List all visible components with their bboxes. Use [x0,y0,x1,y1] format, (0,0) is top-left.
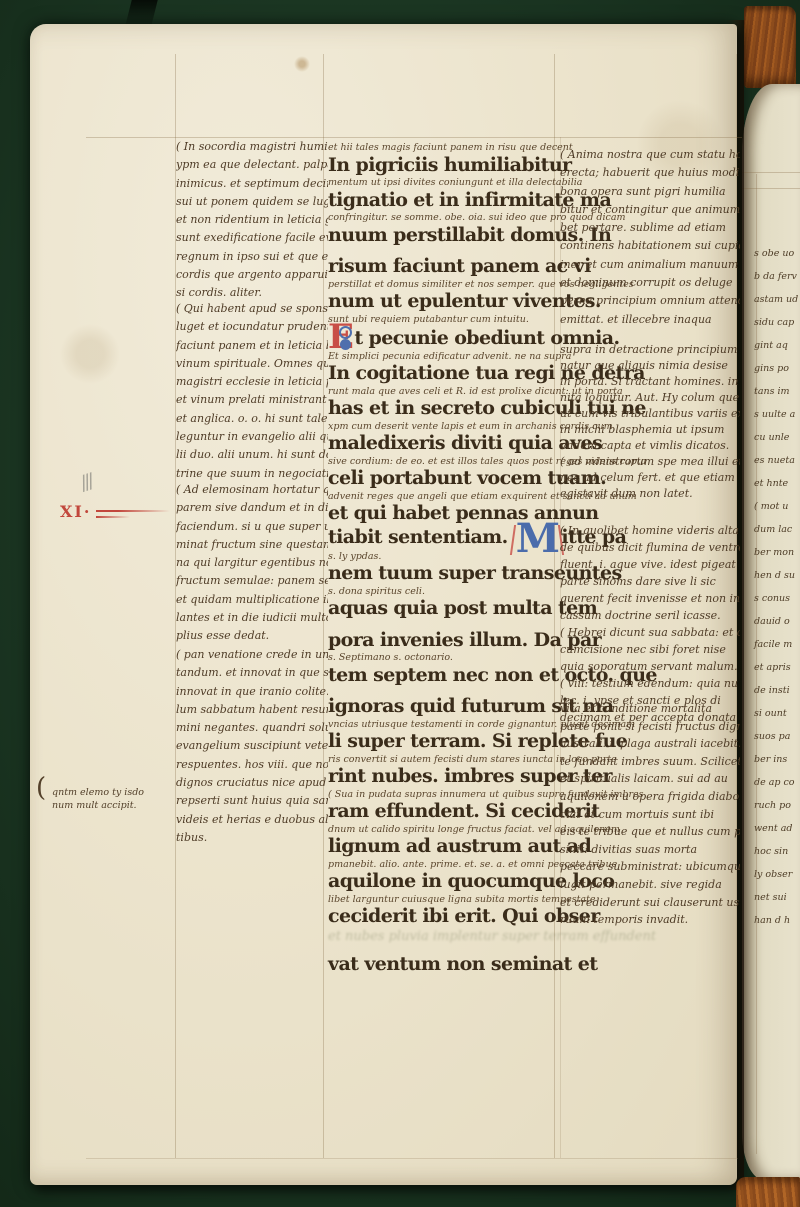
scripture-line: nem tuum super transeuntes [328,562,560,586]
gloss-line: ( pan venatione crede in universo rel [176,646,328,664]
gloss-line: nec ad celum fert. et que etiam [560,470,740,486]
gloss-line: et spiritualis laicam. sui ad au [560,770,740,788]
scripture-line: rint nubes. imbres super ter [328,765,560,789]
gloss-line: et anglica. o. o. hi sunt talenta que [176,410,328,428]
gloss-line: hen d su [754,564,800,587]
filigree-ornament [339,326,352,339]
gloss-line: parem sive dandum et in dilecte bo [176,499,328,517]
decorated-initial-m: M [516,527,560,551]
gloss-line: inimicus. et septimum decime adventum [176,175,328,193]
chapter-numeral: XI· [60,502,91,521]
gloss-line: han d h [754,909,800,932]
scripture-line: tem septem nec non et octo. que [328,664,560,688]
gloss-line: faciendum. si u que super ungua ce [176,518,328,536]
gloss-line: net sui [754,886,800,909]
gloss-line: fructum semulae: panem sentit bene [176,572,328,590]
pencil-mark: /// [77,469,95,495]
gloss-line: facile m [754,633,800,656]
gloss-line: et vinum prelati ministrant in gaudio. [176,391,328,409]
gloss-line: s uulte a [754,403,800,426]
gloss-line: ut cum vis tribulantibus variis exacte [560,406,740,422]
scripture-line: li super terram. Si replete fue [328,730,560,754]
gloss-line: ruch po [754,794,800,817]
gloss-line: et hnte [754,472,800,495]
gloss-line: parte sinoms dare sive li sic [560,573,740,590]
gloss-line: gint aq [754,334,800,357]
interlinear-gloss-line: Et simplici pecunia edificatur advenit. … [328,351,560,363]
gloss-line: continens habitationem sui cupid [560,237,740,255]
gloss-line: ( Qui habent apud se sponsum sspe [176,300,328,318]
gloss-line: bona opera sunt pigri humilia [560,183,740,201]
gloss-line: leguntur in evangelio alii quinque. A [176,428,328,446]
gloss-line: quia soporatum servant malum. [560,658,740,675]
interlinear-gloss-line: sunt ubi requiem putabantur cum intuitu. [328,314,560,326]
gloss-line: tibus. [176,829,328,847]
scripture-line: aquas quia post multa tem [328,597,560,621]
rubric-flourish [96,516,130,518]
show-through-text: et nubes pluvia implentur super terram e… [328,929,560,945]
margin-note-line: qntm elemo ty isdo [52,786,188,799]
gloss-line: tandum. et innovat in que sabbm et [176,664,328,682]
interlinear-gloss-line: confringitur. se somme. obe. oia. sui id… [328,212,560,224]
gloss-line: dauid o [754,610,800,633]
gloss-line: natur que aliquis nimia desise [560,358,740,374]
scripture-line: nuum perstillabit domus. In [328,224,560,248]
gloss-line: te fundant imbres suum. Scilicet et [560,753,740,771]
interlinear-gloss-line: xpm cum deserit vente lapis et eum in ar… [328,421,560,433]
gloss-line: ber mon [754,541,800,564]
gloss-line: de quibus dicit flumina de ventre eius [560,539,740,556]
gloss-line: ypm ea que delectant. palpant [176,156,328,174]
scripture-line: aquilone in quocumque loco [328,870,560,894]
interlinear-gloss-line: s. Septimano s. octonario. [328,652,560,664]
rubric-flourish [96,510,170,512]
interlinear-gloss-line: s. dona spiritus celi. [328,586,560,598]
scripture-line: maledixeris diviti quia aves [328,432,560,456]
gloss-line: hoc sin [754,840,800,863]
ruling-line-bottom [86,1158,738,1159]
interlinear-gloss-line: dnum ut calido spiritu longe fructus fac… [328,824,560,836]
gloss-line: tans im [754,380,800,403]
margin-note-line: num mult accipit. [52,799,188,812]
gloss-line: eis te tribue que et nullus cum plene [560,823,740,841]
scripture-line: has et in secreto cubiculi tui ne [328,397,560,421]
interlinear-gloss-line: et hii tales magis faciunt panem in risu… [328,142,560,154]
interlinear-gloss-line: vncias utriusque testamenti in corde gig… [328,719,560,731]
gloss-line: s conus [754,587,800,610]
gloss-line: innovat in que iranio colite. sider so [176,683,328,701]
gloss-line: lum sabbatum habent resurrectionem do [176,701,328,719]
gloss-line: bet portare. sublime ad etiam [560,219,740,237]
gloss-line: minat fructum sine questam [176,536,328,554]
left-gloss-paragraph-4: ( pan venatione crede in universo reltan… [176,646,328,847]
gloss-line: aquilonem u opera frigida diaboli fa [560,788,740,806]
scripture-line: lignum ad austrum aut ad [328,835,560,859]
gloss-line: querent fecit invenisse et non in [560,590,740,607]
binding-fore-edge [736,1177,800,1207]
gloss-line: cumcisione nec sibi foret nise [560,641,740,658]
gloss-line: es nueta [754,449,800,472]
paraph-mark: ( [36,782,46,795]
gloss-line: peccare subministrat: ubicumque cecidit [560,858,740,876]
gloss-line: regnum in ipso sui et que elatio [176,248,328,266]
gloss-line: sinit: divitias suas morta [560,841,740,859]
gloss-line: ( Ad elemosinam hortatur que omni [176,481,328,499]
interlinear-gloss-line: libet larguntur cuiusque ligna subita mo… [328,894,560,906]
gloss-line: ( Anima nostra que cum statu hominis [560,146,740,164]
gloss-line: ( Hebrei dicunt sua sabbata: et cir [560,624,740,641]
next-page-ruling-line [742,188,800,189]
gloss-line: ly obser [754,863,800,886]
scripture-column: et hii tales magis faciunt panem in risu… [328,142,560,976]
gloss-line: b da ferv [754,265,800,288]
gloss-line: suos pa [754,725,800,748]
gloss-line: went ad [754,817,800,840]
gloss-line: luget et iocundatur prudenter suum [176,318,328,336]
gloss-line: nita loquitur. Aut. Hy colum que [560,390,740,406]
left-gloss-paragraph-3: ( Ad elemosinam hortatur que omniparem s… [176,481,328,646]
gloss-line: cordis que argento apparuit facile vinci… [176,266,328,284]
gloss-line: iugit permanebit. sive regida [560,876,740,894]
gloss-line: ( In socordia magistri humiliat eccl. et [176,138,328,156]
gloss-line: et dominum corrupit os deluge [560,274,740,292]
interlinear-gloss-line: advenit reges que angeli que etiam exqui… [328,491,560,503]
gloss-line: evangelium suscipiunt veterem legem [176,737,328,755]
gloss-line: parte ponit si fecisti fructus dignos [560,718,740,736]
gloss-line: ( mot u [754,495,800,518]
gloss-line: mini negantes. quandri solum [176,719,328,737]
gloss-line: astam ud [754,288,800,311]
interlinear-gloss-line: perstillat et domus similiter et nos sem… [328,279,560,291]
gloss-line: repserti sunt huius quia sane sacra [176,792,328,810]
right-gloss-paragraph-2: supra in detractione principium ea supna… [560,342,740,502]
scripture-line: In cogitatione tua regi ne detra [328,362,560,386]
gloss-line: australi. i. plaga australi iacebit. [560,735,740,753]
left-gloss-paragraph-1: ( In socordia magistri humiliat eccl. et… [176,138,328,303]
next-page-text-fragments: s obe uob da fervastam udsidu capgint aq… [754,242,800,932]
interlinear-gloss-line: mentum ut ipsi divites coniungunt et ill… [328,177,560,189]
left-gloss-paragraph-2: ( Qui habent apud se sponsum sspeluget e… [176,300,328,483]
gloss-line: si ount [754,702,800,725]
gloss-line: dum lac [754,518,800,541]
gloss-line: s obe uo [754,242,800,265]
gloss-line: egistavit dum non latet. [560,486,740,502]
gloss-line: ( In quolibet homine videris alta aqua [560,522,740,539]
gloss-line: de insti [754,679,800,702]
right-gloss-paragraph-3: ( In quolibet homine videris alta aquade… [560,522,740,726]
gloss-line: videis et herias e duobus aliam nega [176,811,328,829]
gloss-line: cu unle [754,426,800,449]
gloss-line: sunt exedificatione facile evertunt [176,229,328,247]
gloss-line: lii duo. alii unum. hi sunt doc [176,446,328,464]
interlinear-gloss-line: ris convertit si autem fecisti dum stare… [328,754,560,766]
gloss-line: vndem capta et vimlis dicatos. [560,438,740,454]
gloss-line: faciunt panem et in leticia bibunt [176,337,328,355]
gloss-line: gins po [754,357,800,380]
gloss-line: fluent. i. aque vive. idest pigeat [560,556,740,573]
gloss-line: respuentes. hos viii. que non per luam [176,756,328,774]
interlinear-gloss-line: sive cordium: de eo. et est illos tales … [328,456,560,468]
gloss-line: vita et conditione mortalita [560,700,740,718]
scripture-line: tiabit sententiam. Mitte pa [328,526,560,551]
gloss-line: magistri ecclesie in leticia panem faciu… [176,373,328,391]
interlinear-gloss-line: ( Sua in pudata supras innumera ut quibu… [328,789,560,801]
scripture-line: ceciderit ibi erit. Qui obser [328,905,560,929]
scripture-line: ram effundent. Si ceciderit [328,800,560,824]
gloss-line: et quidam multiplicatione illud postu [176,591,328,609]
manuscript-page: /// XI· ( qntm elemo ty isdo num mult ac… [30,24,737,1185]
gloss-line: et non ridentium in leticia gaudioque [176,211,328,229]
gloss-line: in porta. Si tractant homines. in [560,374,740,390]
gloss-line: et apris [754,656,800,679]
gloss-line: lantes et in die iudicii multo am [176,609,328,627]
gloss-line: sidu cap [754,311,800,334]
scripture-line: tignatio et in infirmitate ma [328,189,560,213]
gloss-line: supra in detractione principium ea sup [560,342,740,358]
scripture-line: risum faciunt panem ac vi [328,255,560,279]
gloss-line: ciat et cum mortuis sunt ibi [560,806,740,824]
interlinear-gloss-line: runt mala que aves celi et R. id est pro… [328,386,560,398]
gloss-line: perna principium omnium attendo ecclesie [560,292,740,310]
gloss-line: ( ad ministrorum spe mea illui et cognio [560,454,740,470]
manuscript-photo: { "document": { "kind": "medieval glosse… [0,0,800,1207]
margin-note: ( qntm elemo ty isdo num mult accipit. [38,786,188,812]
next-page-ruling-line [742,172,800,173]
scripture-line: In pigriciis humiliabitur [328,154,560,178]
scripture-line: vat ventum non seminat et [328,953,560,977]
gloss-line: ruum temporis invadit. [560,911,740,929]
decorated-initial-e: E [328,325,353,349]
gloss-line: na qui largitur egentibus non ipse [176,554,328,572]
gloss-line: ( viii: testium edendum: quia nu [560,675,740,692]
next-page-edge: s obe uob da fervastam udsidu capgint aq… [742,84,800,1180]
interlinear-gloss-line: pmanebit. alio. ante. prime. et. se. a. … [328,859,560,871]
scripture-line: num ut epulentur viventes. [328,290,560,314]
gloss-line: ber ins [754,748,800,771]
gloss-line: de ap co [754,771,800,794]
scripture-line: pora invenies illum. Da par [328,629,560,653]
scripture-line: ignoras quid futurum sit ma [328,695,560,719]
gloss-line: erecta; habuerit que huius modi se ad [560,164,740,182]
scripture-line: Et pecunie obediunt omnia. [328,325,560,351]
gloss-line: et crediderunt sui clauserunt usu [560,894,740,912]
gloss-line: vinum spirituale. Omnes que vir sapiens … [176,355,328,373]
scripture-line: celi portabunt vocem tuam. [328,467,560,491]
binding-headband [744,6,796,88]
gloss-line: bitur et contingitur que animum de [560,201,740,219]
gloss-line: iner et cum animalium manuum [560,256,740,274]
right-gloss-paragraph-1: ( Anima nostra que cum statu hominiserec… [560,146,740,329]
gloss-line: emittat. et illecebre inaqua [560,311,740,329]
gloss-line: in michi blasphemia ut ipsum [560,422,740,438]
gloss-line: dignos cruciatus nice apud budara que [176,774,328,792]
gloss-line: plius esse dedat. [176,627,328,645]
gloss-line: cassum doctrine seril icasse. [560,607,740,624]
gloss-line: sui ut ponem quidem se lugentium [176,193,328,211]
right-gloss-paragraph-4: vita et conditione mortalitaparte ponit … [560,700,740,929]
